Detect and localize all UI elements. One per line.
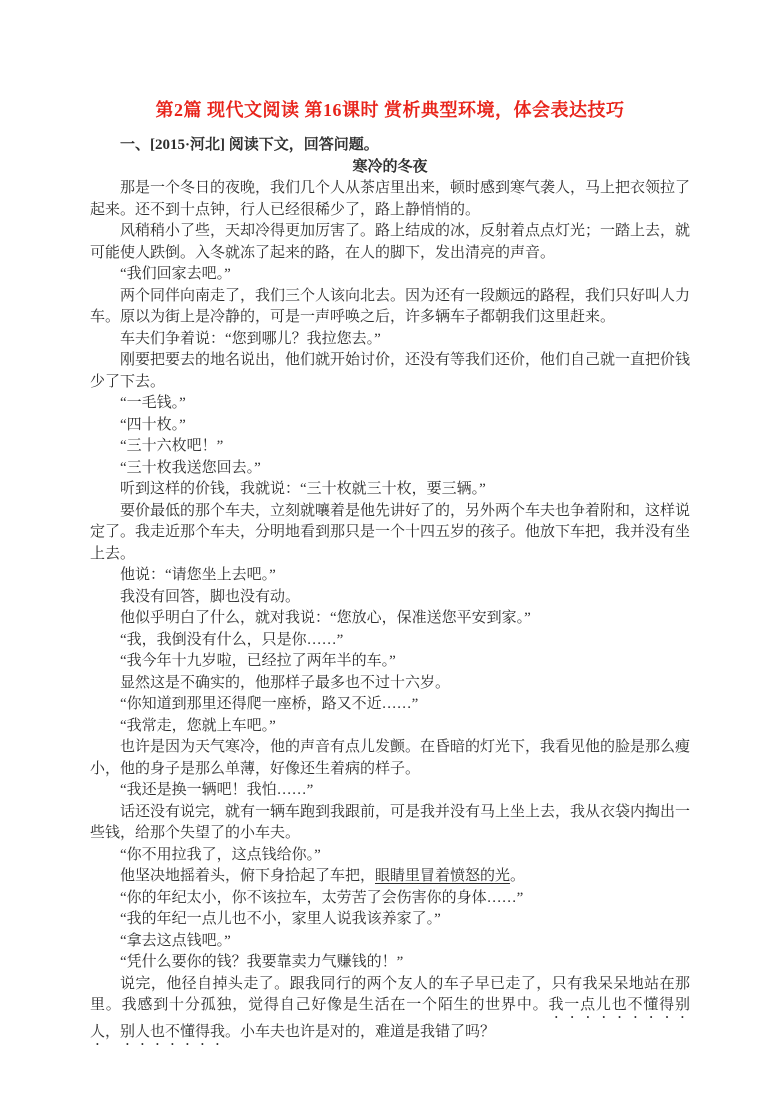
- paragraph: “你知道到那里还得爬一座桥，路又不近……”: [90, 694, 690, 716]
- paragraph: “我还是换一辆吧！我怕……”: [90, 780, 690, 802]
- paragraph: “我，我倒没有什么，只是你……”: [90, 630, 690, 652]
- document-page: 第2篇 现代文阅读 第16课时 赏析典型环境，体会表达技巧 一、[2015·河北…: [0, 0, 780, 1105]
- text-segment: “三十枚我送您回去。”: [120, 460, 261, 476]
- text-segment: “一毛钱。”: [120, 395, 186, 411]
- paragraph: 他说：“请您坐上去吧。”: [90, 565, 690, 587]
- paragraph: 要价最低的那个车夫，立刻就嚷着是他先讲好了的，另外两个车夫也争着附和，这样说定了…: [90, 501, 690, 566]
- paragraph: 话还没有说完，就有一辆车跑到我跟前，可是我并没有马上坐上去，我从衣袋内掏出一些钱…: [90, 802, 690, 845]
- story-title: 寒冷的冬夜: [90, 157, 690, 179]
- paragraph: 那是一个冬日的夜晚，我们几个人从茶店里出来，顿时感到寒气袭人，马上把衣领拉了起来…: [90, 178, 690, 221]
- text-segment: 话还没有说完，就有一辆车跑到我跟前，可是我并没有马上坐上去，我从衣袋内掏出一些钱…: [90, 804, 690, 842]
- text-segment: 风稍稍小了些，天却冷得更加厉害了。路上结成的冰，反射着点点灯光；一踏上去，就可能…: [90, 223, 690, 261]
- text-segment: 听到这样的价钱，我就说：“三十枚就三十枚，要三辆。”: [120, 481, 486, 497]
- article-body: 那是一个冬日的夜晚，我们几个人从茶店里出来，顿时感到寒气袭人，马上把衣领拉了起来…: [90, 178, 690, 1049]
- text-segment: 那是一个冬日的夜晚，我们几个人从茶店里出来，顿时感到寒气袭人，马上把衣领拉了起来…: [90, 180, 690, 218]
- text-segment: 车夫们争着说：“您到哪儿？我拉您去。”: [120, 331, 381, 347]
- text-segment: 小车夫也许是对的，难道是我错了吗？: [240, 1024, 495, 1040]
- text-segment: 显然这是不确实的，他那样子最多也不过十六岁。: [120, 675, 450, 691]
- paragraph: 听到这样的价钱，我就说：“三十枚就三十枚，要三辆。”: [90, 479, 690, 501]
- text-segment: “我的年纪一点儿也不小，家里人说我该养家了。”: [120, 911, 441, 927]
- paragraph: “凭什么要你的钱？我要靠卖力气赚钱的！”: [90, 952, 690, 974]
- paragraph: “三十六枚吧！”: [90, 436, 690, 458]
- text-segment: “你知道到那里还得爬一座桥，路又不近……”: [120, 696, 418, 712]
- paragraph: “你的年纪太小，你不该拉车，太劳苦了会伤害你的身体……”: [90, 888, 690, 910]
- text-segment: 他坚决地摇着头，俯下身拾起了车把，: [120, 868, 375, 884]
- paragraph: 说完，他径自掉头走了。跟我同行的两个友人的车子早已走了，只有我呆呆地站在那里。我…: [90, 974, 690, 1050]
- paragraph: 风稍稍小了些，天却冷得更加厉害了。路上结成的冰，反射着点点灯光；一踏上去，就可能…: [90, 221, 690, 264]
- paragraph: 两个同伴向南走了，我们三个人该向北去。因为还有一段颇远的路程，我们只好叫人力车。…: [90, 286, 690, 329]
- text-segment: 要价最低的那个车夫，立刻就嚷着是他先讲好了的，另外两个车夫也争着附和，这样说定了…: [90, 503, 690, 562]
- text-segment: “我还是换一辆吧！我怕……”: [120, 782, 313, 798]
- paragraph: 我没有回答，脚也没有动。: [90, 587, 690, 609]
- text-segment: “我今年十九岁啦，已经拉了两年半的车。”: [120, 653, 396, 669]
- text-segment: “你不用拉我了，这点钱给你。”: [120, 847, 321, 863]
- paragraph: 也许是因为天气寒冷，他的声音有点儿发颤。在昏暗的灯光下，我看见他的脸是那么瘦小，…: [90, 737, 690, 780]
- text-segment: “四十枚。”: [120, 417, 186, 433]
- text-segment: “凭什么要你的钱？我要靠卖力气赚钱的！”: [120, 954, 403, 970]
- paragraph: “我常走，您就上车吧。”: [90, 716, 690, 738]
- text-segment: “我们回家去吧。”: [120, 266, 231, 282]
- paragraph: “三十枚我送您回去。”: [90, 458, 690, 480]
- paragraph: “我们回家去吧。”: [90, 264, 690, 286]
- text-segment: 刚要把要去的地名说出，他们就开始讨价，还没有等我们还价，他们自己就一直把价钱少了…: [90, 352, 690, 390]
- text-segment: “你的年纪太小，你不该拉车，太劳苦了会伤害你的身体……”: [120, 890, 523, 906]
- underlined-text: 眼睛里冒着愤怒的光: [375, 868, 510, 884]
- paragraph: 他坚决地摇着头，俯下身拾起了车把，眼睛里冒着愤怒的光。: [90, 866, 690, 888]
- text-segment: “三十六枚吧！”: [120, 438, 223, 454]
- paragraph: 他似乎明白了什么，就对我说：“您放心，保准送您平安到家。”: [90, 608, 690, 630]
- section-heading: 一、[2015·河北] 阅读下文，回答问题。: [90, 135, 690, 157]
- paragraph: “四十枚。”: [90, 415, 690, 437]
- text-segment: 两个同伴向南走了，我们三个人该向北去。因为还有一段颇远的路程，我们只好叫人力车。…: [90, 288, 690, 326]
- paragraph: 显然这是不确实的，他那样子最多也不过十六岁。: [90, 673, 690, 695]
- paragraph: 车夫们争着说：“您到哪儿？我拉您去。”: [90, 329, 690, 351]
- paragraph: “一毛钱。”: [90, 393, 690, 415]
- text-segment: 他说：“请您坐上去吧。”: [120, 567, 276, 583]
- text-segment: 。: [510, 868, 525, 884]
- document-title: 第2篇 现代文阅读 第16课时 赏析典型环境，体会表达技巧: [90, 98, 690, 122]
- text-segment: 他似乎明白了什么，就对我说：“您放心，保准送您平安到家。”: [120, 610, 531, 626]
- text-segment: “拿去这点钱吧。”: [120, 933, 231, 949]
- paragraph: “拿去这点钱吧。”: [90, 931, 690, 953]
- paragraph: “我今年十九岁啦，已经拉了两年半的车。”: [90, 651, 690, 673]
- text-segment: 也许是因为天气寒冷，他的声音有点儿发颤。在昏暗的灯光下，我看见他的脸是那么瘦小，…: [90, 739, 690, 777]
- paragraph: “你不用拉我了，这点钱给你。”: [90, 845, 690, 867]
- paragraph: “我的年纪一点儿也不小，家里人说我该养家了。”: [90, 909, 690, 931]
- paragraph: 刚要把要去的地名说出，他们就开始讨价，还没有等我们还价，他们自己就一直把价钱少了…: [90, 350, 690, 393]
- text-segment: 我没有回答，脚也没有动。: [120, 589, 300, 605]
- text-segment: “我常走，您就上车吧。”: [120, 718, 276, 734]
- text-segment: “我，我倒没有什么，只是你……”: [120, 632, 343, 648]
